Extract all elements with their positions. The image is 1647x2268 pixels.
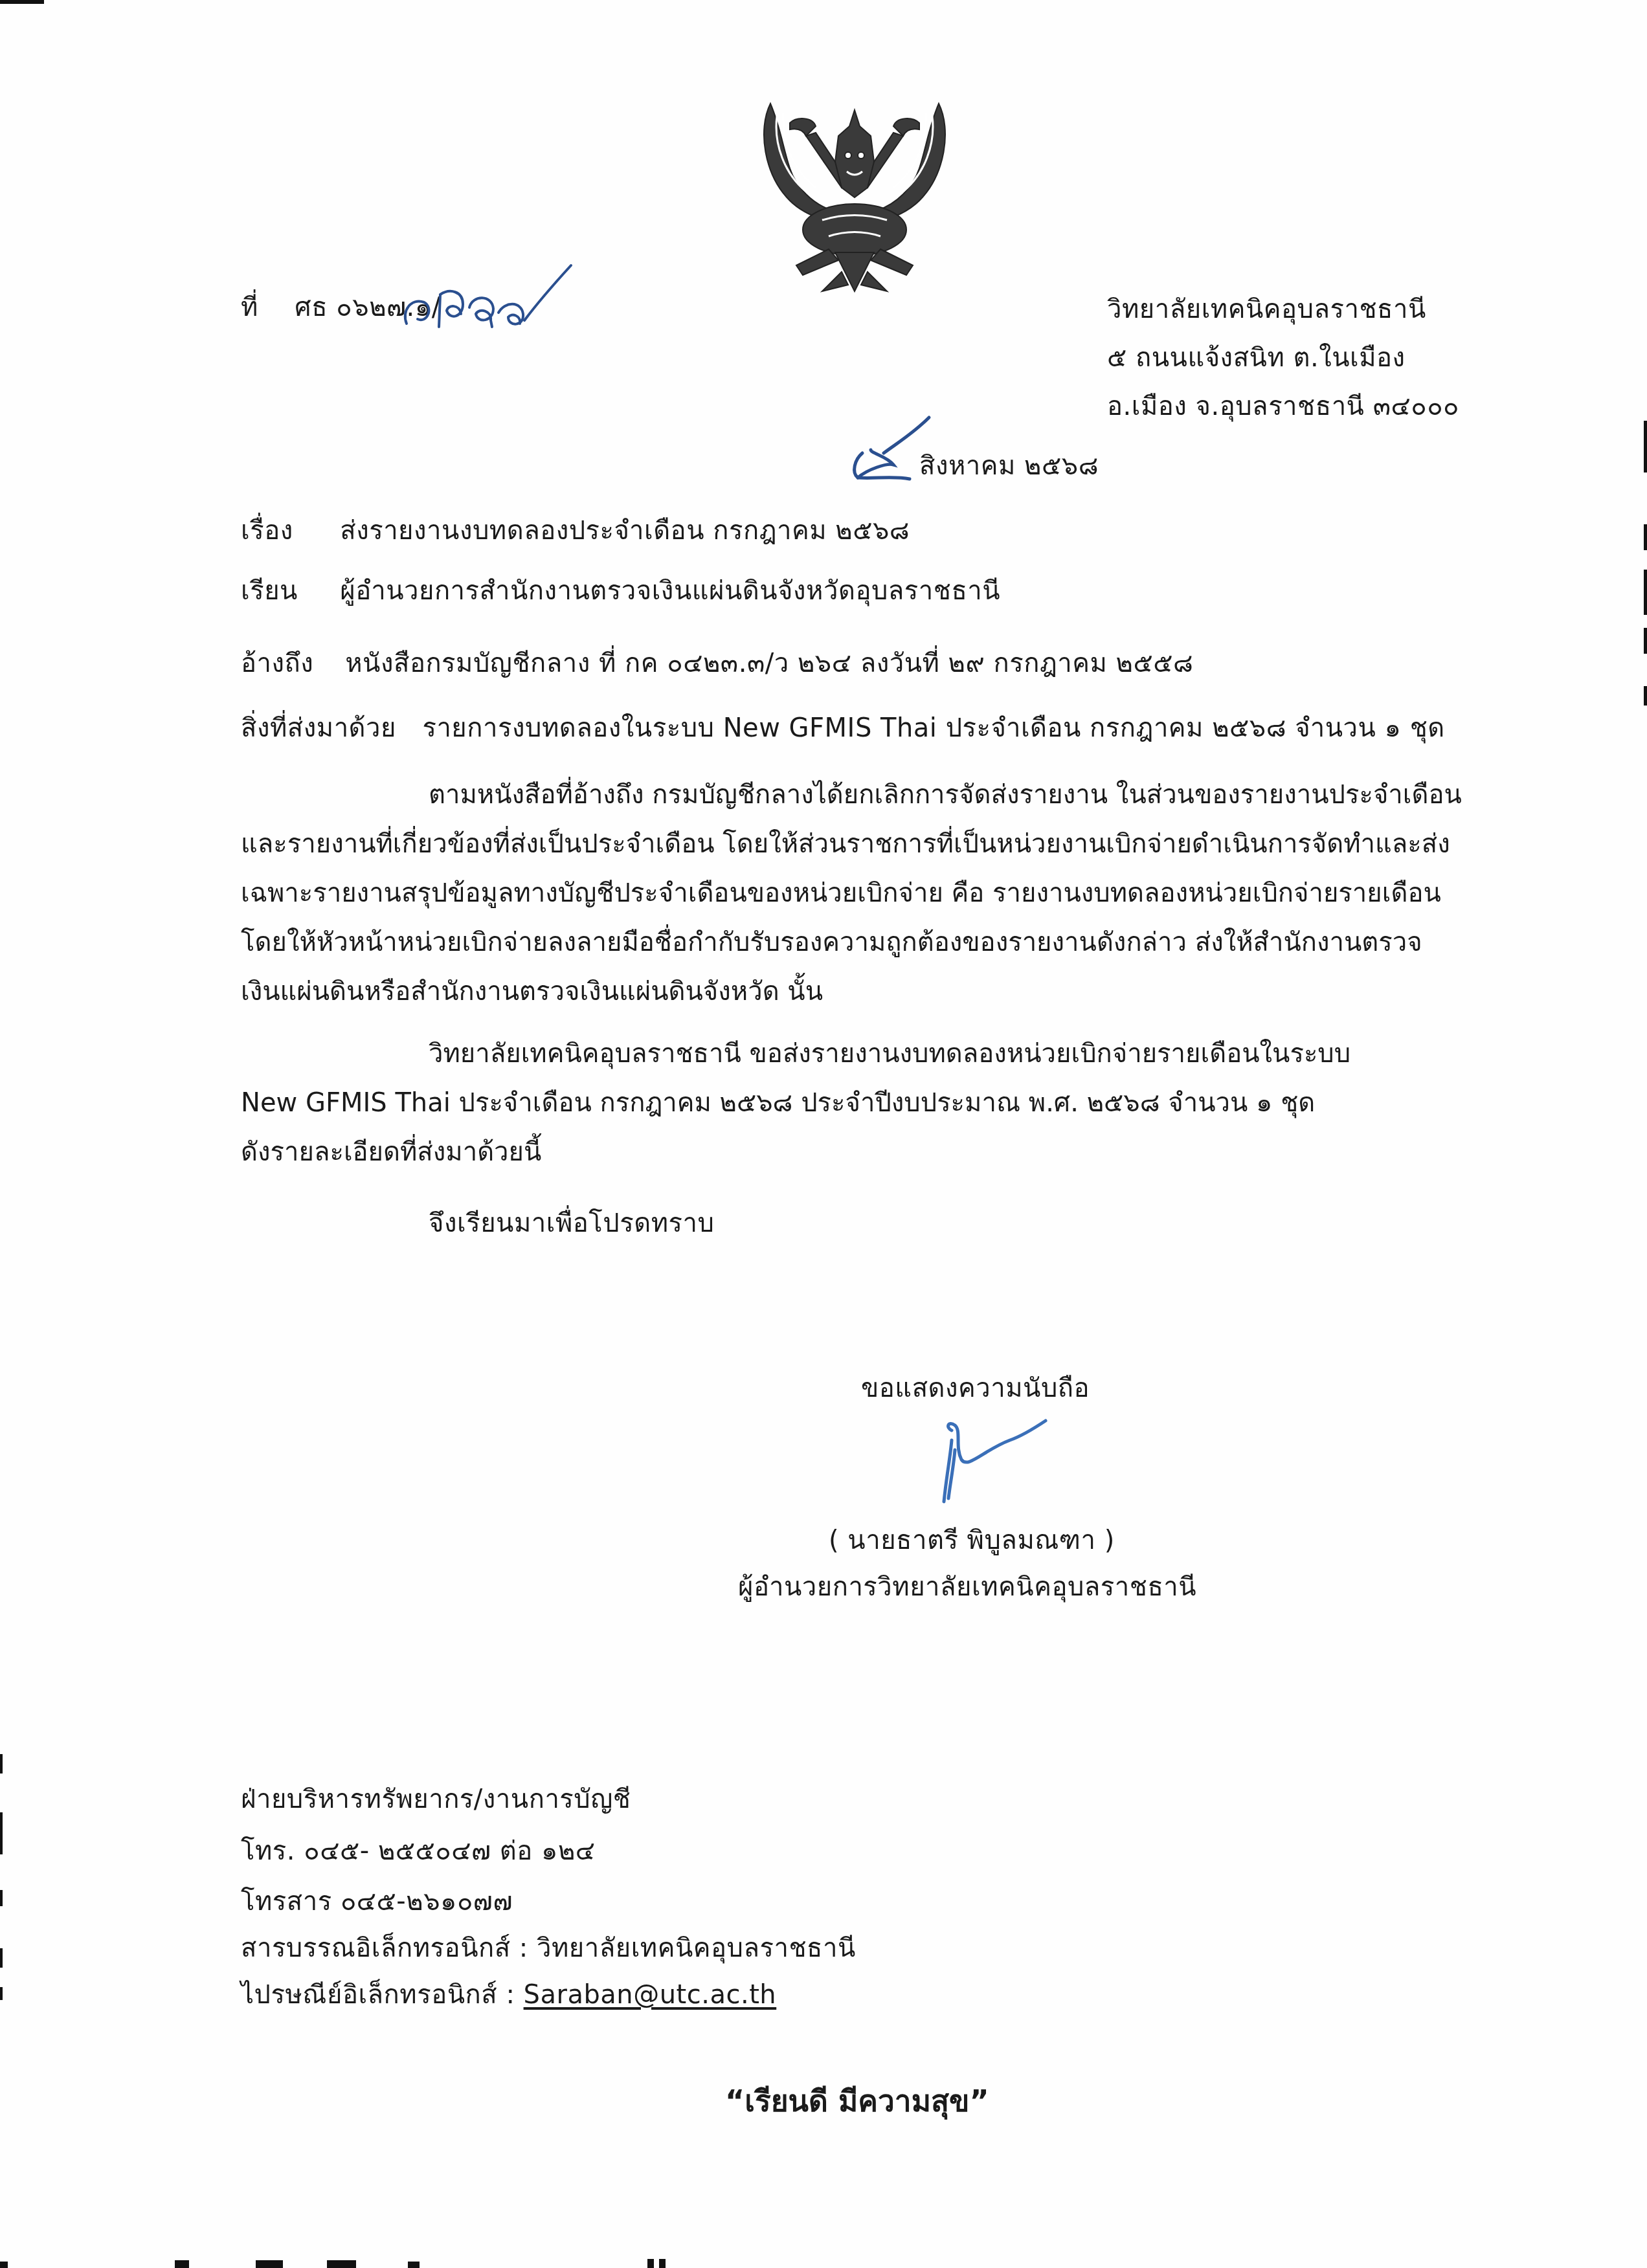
subject-label: เรื่อง [241, 518, 331, 544]
scan-artifact-right-edge [1644, 628, 1647, 654]
scan-artifact-bottom-edge [647, 2259, 654, 2268]
enclosure-field: สิ่งที่ส่งมาด้วย รายการงบทดลองในระบบ New… [241, 715, 1445, 741]
scan-artifact-right-edge [1644, 570, 1647, 615]
body-paragraph-2: วิทยาลัยเทคนิคอุบลราชธานี ขอส่งรายงานงบท… [241, 1029, 1484, 1177]
contact-e-document: สารบรรณอิเล็กทรอนิกส์ : วิทยาลัยเทคนิคอุ… [241, 1935, 856, 1961]
scan-artifact-right-edge [1644, 421, 1647, 472]
sender-address-line2: อ.เมือง จ.อุบลราชธานี ๓๔๐๐๐ [1107, 394, 1459, 419]
reference-field: อ้างถึง หนังสือกรมบัญชีกลาง ที่ กค ๐๔๒๓.… [241, 650, 1193, 676]
body-line: ตามหนังสือที่อ้างถึง กรมบัญชีกลางได้ยกเล… [241, 770, 1484, 819]
footer-motto: “เรียนดี มีความสุข” [725, 2078, 989, 2125]
contact-fax: โทรสาร ๐๔๕-๒๖๑๐๗๗ [241, 1889, 513, 1915]
body-paragraph-1: ตามหนังสือที่อ้างถึง กรมบัญชีกลางได้ยกเล… [241, 770, 1484, 1016]
scan-artifact-left-edge [0, 1754, 3, 1773]
handwritten-doc-number-icon [401, 262, 576, 333]
contact-department: ฝ่ายบริหารทรัพยากร/งานการบัญชี [241, 1786, 631, 1812]
contact-email-row: ไปรษณีย์อิเล็กทรอนิกส์ : Saraban@utc.ac.… [241, 1982, 776, 2008]
garuda-emblem-icon [751, 91, 958, 298]
signatory-position: ผู้อำนวยการวิทยาลัยเทคนิคอุบลราชธานี [738, 1574, 1196, 1600]
closing-request: จึงเรียนมาเพื่อโปรดทราบ [429, 1210, 714, 1236]
scan-artifact-bottom-edge [327, 2260, 356, 2268]
recipient-label: เรียน [241, 578, 331, 604]
body-line: เฉพาะรายงานสรุปข้อมูลทางบัญชีประจำเดือนข… [241, 869, 1484, 918]
scan-artifact-bottom-edge [175, 2260, 189, 2268]
contact-phone: โทร. ๐๔๕- ๒๕๕๐๔๗ ต่อ ๑๒๔ [241, 1838, 596, 1864]
body-line: และรายงานที่เกี่ยวข้องที่ส่งเป็นประจำเดื… [241, 819, 1484, 869]
sender-address-line1: ๕ ถนนแจ้งสนิท ต.ในเมือง [1107, 345, 1406, 371]
contact-email-label: ไปรษณีย์อิเล็กทรอนิกส์ : [241, 1980, 524, 2010]
scan-artifact-right-edge [1644, 524, 1647, 550]
contact-email-link[interactable]: Saraban@utc.ac.th [524, 1980, 777, 2010]
scan-artifact-left-edge [0, 1812, 3, 1854]
scan-artifact-bottom-edge [0, 2262, 8, 2268]
scan-artifact-bottom-edge [408, 2262, 420, 2268]
recipient-field: เรียน ผู้อำนวยการสำนักงานตรวจเงินแผ่นดิน… [241, 578, 1000, 604]
letter-page: ที่ ศธ ๐๖๒๗.๑/ วิทยาลัยเทคนิคอุบลราชธานี… [0, 0, 1647, 2268]
signatory-name: ( นายธาตรี พิบูลมณฑา ) [829, 1528, 1115, 1553]
letter-date-month-year: สิงหาคม ๒๕๖๘ [919, 453, 1099, 479]
body-line: วิทยาลัยเทคนิคอุบลราชธานี ขอส่งรายงานงบท… [241, 1029, 1484, 1078]
body-line: เงินแผ่นดินหรือสำนักงานตรวจเงินแผ่นดินจั… [241, 967, 1484, 1016]
scan-artifact-top-left [0, 0, 44, 4]
handwritten-signature-icon [932, 1411, 1049, 1508]
recipient-value: ผู้อำนวยการสำนักงานตรวจเงินแผ่นดินจังหวั… [340, 576, 1000, 606]
scan-artifact-left-edge [0, 1987, 3, 2000]
scan-artifact-bottom-edge [659, 2259, 666, 2268]
scan-artifact-right-edge [1644, 686, 1647, 706]
enclosure-label: สิ่งที่ส่งมาด้วย [241, 713, 396, 743]
complimentary-close: ขอแสดงความนับถือ [861, 1375, 1090, 1401]
subject-field: เรื่อง ส่งรายงานงบทดลองประจำเดือน กรกฎาค… [241, 518, 910, 544]
scan-artifact-left-edge [0, 1948, 3, 1968]
body-line: โดยให้หัวหน้าหน่วยเบิกจ่ายลงลายมือชื่อกำ… [241, 918, 1484, 967]
body-line: ดังรายละเอียดที่ส่งมาด้วยนี้ [241, 1128, 1484, 1177]
body-line: New GFMIS Thai ประจำเดือน กรกฎาคม ๒๕๖๘ ป… [241, 1078, 1484, 1128]
subject-value: ส่งรายงานงบทดลองประจำเดือน กรกฎาคม ๒๕๖๘ [340, 516, 910, 546]
reference-label: อ้างถึง [241, 650, 337, 676]
sender-name: วิทยาลัยเทคนิคอุบลราชธานี [1107, 296, 1426, 322]
scan-artifact-left-edge [0, 1890, 3, 1906]
doc-number-label: ที่ [241, 293, 258, 322]
enclosure-value: รายการงบทดลองในระบบ New GFMIS Thai ประจำ… [422, 713, 1444, 743]
reference-value: หนังสือกรมบัญชีกลาง ที่ กค ๐๔๒๓.๓/ว ๒๖๔ … [345, 649, 1193, 678]
scan-artifact-bottom-edge [256, 2260, 283, 2268]
